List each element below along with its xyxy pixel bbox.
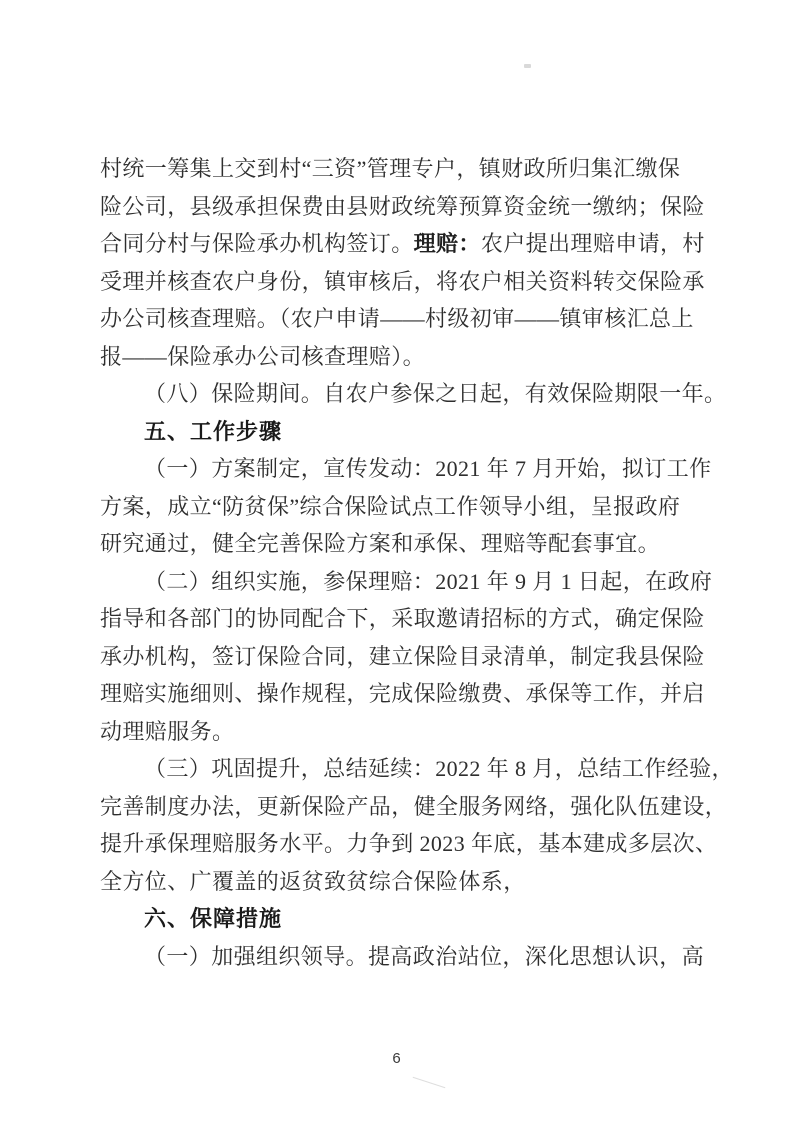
document-line: 指导和各部门的协同配合下，采取邀请招标的方式，确定保险 bbox=[100, 600, 712, 638]
document-body: 村统一筹集上交到村“三资”管理专户，镇财政所归集汇缴保 险公司，县级承担保费由县… bbox=[100, 150, 712, 975]
document-line: 合同分村与保险承办机构签订。理赔：农户提出理赔申请，村 bbox=[100, 225, 712, 263]
document-line: 报——保险承办公司核查理赔）。 bbox=[100, 338, 712, 376]
line-run-bold: 理赔： bbox=[414, 231, 481, 256]
document-line: 承办机构，签订保险合同，建立保险目录清单，制定我县保险 bbox=[100, 638, 712, 676]
document-line: （二）组织实施，参保理赔：2021 年 9 月 1 日起，在政府 bbox=[100, 563, 712, 601]
document-line: 方案，成立“防贫保”综合保险试点工作领导小组，呈报政府 bbox=[100, 488, 712, 526]
line-run: 合同分村与保险承办机构签订。 bbox=[100, 231, 414, 256]
document-line: 动理赔服务。 bbox=[100, 713, 712, 751]
document-line: 全方位、广覆盖的返贫致贫综合保险体系， bbox=[100, 863, 712, 901]
document-line: 险公司，县级承担保费由县财政统筹预算资金统一缴纳；保险 bbox=[100, 188, 712, 226]
document-line: （一）方案制定，宣传发动：2021 年 7 月开始，拟订工作 bbox=[100, 450, 712, 488]
document-line: （八）保险期间。自农户参保之日起，有效保险期限一年。 bbox=[100, 375, 712, 413]
section-heading-6: 六、保障措施 bbox=[100, 900, 712, 938]
document-line: 理赔实施细则、操作规程，完成保险缴费、承保等工作，并启 bbox=[100, 675, 712, 713]
document-page: 村统一筹集上交到村“三资”管理专户，镇财政所归集汇缴保 险公司，县级承担保费由县… bbox=[0, 0, 793, 1122]
document-line: 受理并核查农户身份，镇审核后，将农户相关资料转交保险承 bbox=[100, 263, 712, 301]
document-line: 提升承保理赔服务水平。力争到 2023 年底，基本建成多层次、 bbox=[100, 825, 712, 863]
document-line: 办公司核查理赔。（农户申请——村级初审——镇审核汇总上 bbox=[100, 300, 712, 338]
document-line: （一）加强组织领导。提高政治站位，深化思想认识，高 bbox=[100, 938, 712, 976]
scan-artifact bbox=[524, 64, 531, 68]
page-number: 6 bbox=[0, 1050, 793, 1067]
document-line: （三）巩固提升，总结延续：2022 年 8 月，总结工作经验， bbox=[100, 750, 712, 788]
document-line: 完善制度办法，更新保险产品，健全服务网络，强化队伍建设， bbox=[100, 788, 712, 826]
document-line: 村统一筹集上交到村“三资”管理专户，镇财政所归集汇缴保 bbox=[100, 150, 712, 188]
section-heading-5: 五、工作步骤 bbox=[100, 413, 712, 451]
scan-artifact bbox=[413, 1077, 446, 1088]
line-run: 农户提出理赔申请，村 bbox=[481, 231, 705, 256]
document-line: 研究通过，健全完善保险方案和承保、理赔等配套事宜。 bbox=[100, 525, 712, 563]
